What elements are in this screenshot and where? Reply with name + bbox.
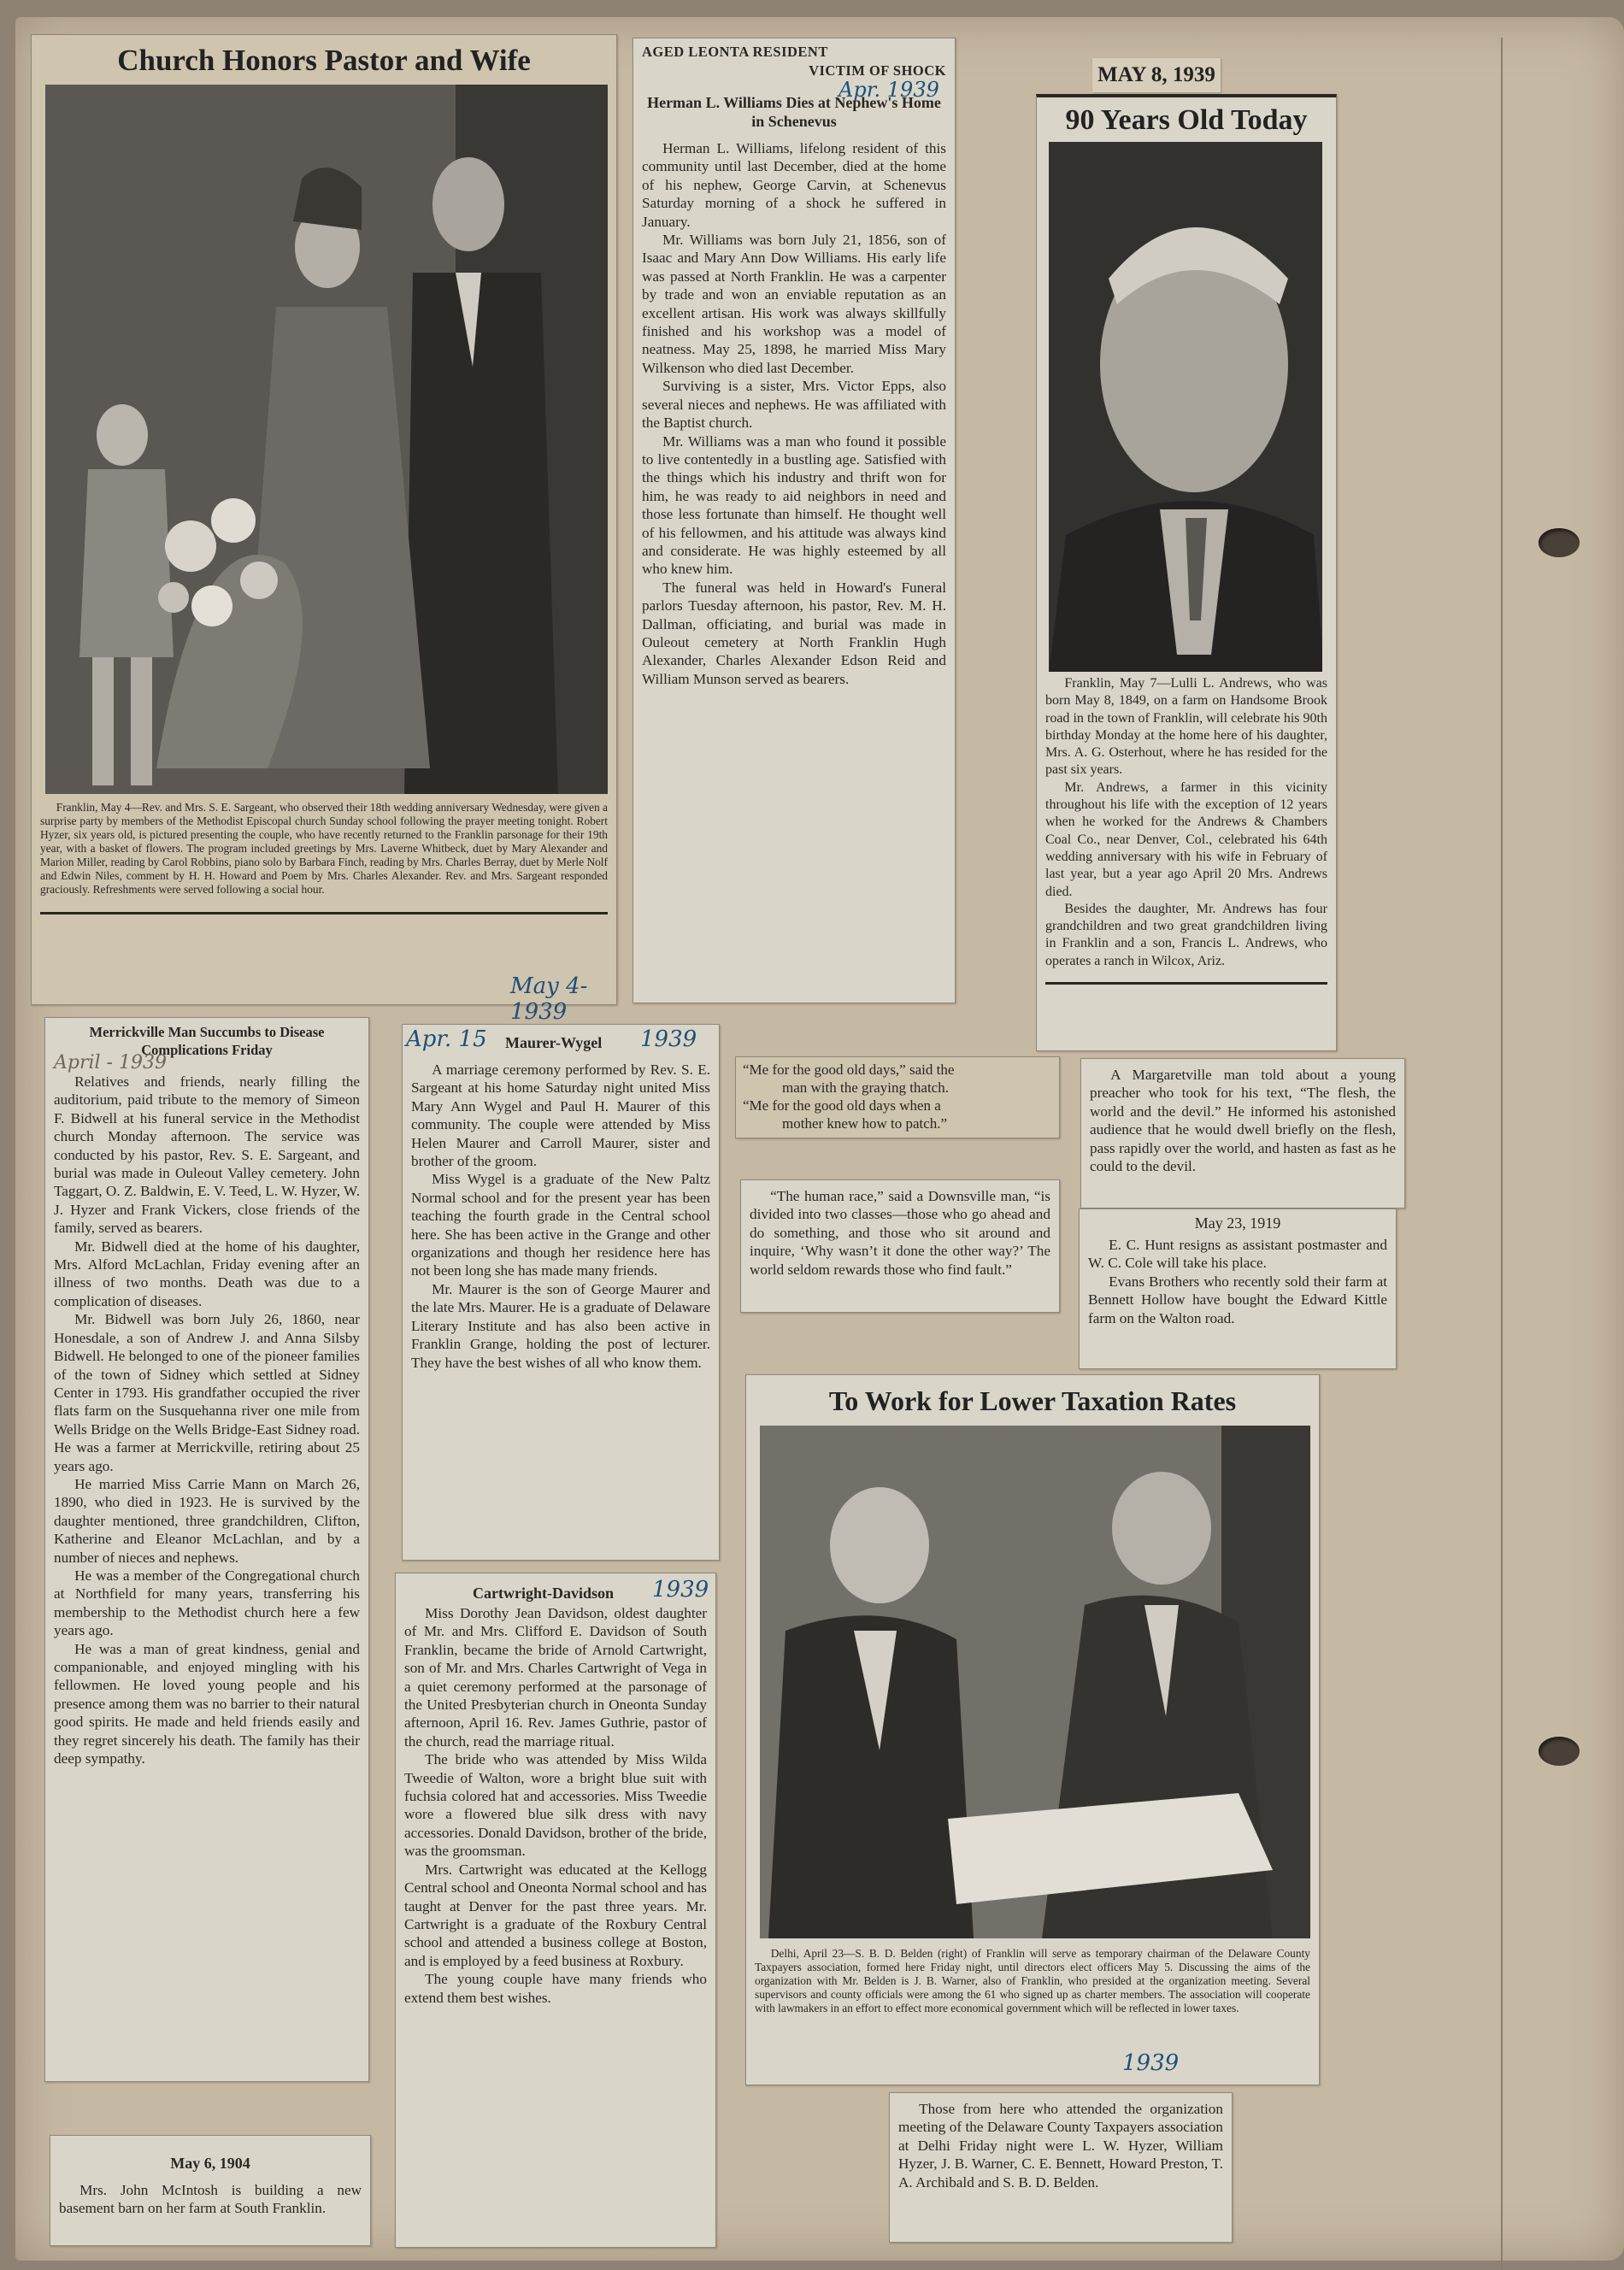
clipping-margaretville: A Margaretville man told about a young p… <box>1080 1058 1405 1209</box>
article-body: Franklin, May 7—Lulli L. Andrews, who wa… <box>1037 675 1336 970</box>
photo-elderly-man <box>1049 142 1322 672</box>
binder-hole-lower <box>1539 1737 1580 1766</box>
clipping-aged-leonta: AGED LEONTA RESIDENT VICTIM OF SHOCK Apr… <box>633 38 956 1003</box>
clipping-may-23-1919: May 23, 1919 E. C. Hunt resigns as assis… <box>1079 1209 1397 1369</box>
portrait-illustration <box>1049 142 1322 672</box>
header-row: Cartwright-Davidson 1939 <box>396 1573 715 1603</box>
handwritten-date: Apr. 1939 <box>838 78 939 102</box>
clipping-church-honors: Church Honors Pastor and Wife Franklin, … <box>31 34 617 1005</box>
article-body: A marriage ceremony performed by Rev. S.… <box>403 1061 719 1372</box>
subhead: Cartwright-Davidson <box>473 1584 614 1603</box>
poem: “Me for the good old days,” said the man… <box>736 1057 1059 1136</box>
clipping-merrickville: Merrickville Man Succumbs to Disease Com… <box>44 1017 369 2082</box>
clipping-may-6-1904: May 6, 1904 Mrs. John McIntosh is buildi… <box>50 2135 371 2246</box>
clipping-cartwright-davidson: Cartwright-Davidson 1939 Miss Dorothy Je… <box>395 1573 716 2248</box>
photo-two-men <box>760 1426 1310 1938</box>
dateline: May 23, 1919 <box>1080 1214 1396 1232</box>
handwritten-date-right: 1939 <box>640 1026 697 1052</box>
clipping-maurer-wygel: Apr. 15 Maurer-Wygel 1939 A marriage cer… <box>402 1024 720 1561</box>
article-body: E. C. Hunt resigns as assistant postmast… <box>1080 1236 1396 1327</box>
photo-caption: Franklin, May 4—Rev. and Mrs. S. E. Sarg… <box>32 797 616 900</box>
headline: 90 Years Old Today <box>1037 97 1336 142</box>
handwritten-date: April - 1939 <box>54 1052 167 1073</box>
dateline: May 6, 1904 <box>50 2155 370 2173</box>
handwritten-date: May 4-1939 <box>510 973 616 1025</box>
article-body: Those from here who attended the organiz… <box>890 2100 1232 2191</box>
headline: Church Honors Pastor and Wife <box>32 35 616 78</box>
photo-caption: Delhi, April 23—S. B. D. Belden (right) … <box>746 1944 1319 2019</box>
header-row: Apr. 15 Maurer-Wygel 1939 <box>403 1025 719 1054</box>
handwritten-date: 1939 <box>652 1577 709 1603</box>
photo-illustration <box>760 1426 1310 1938</box>
date-label: MAY 8, 1939 <box>1092 58 1221 92</box>
kicker-line-1: AGED LEONTA RESIDENT <box>633 38 955 61</box>
clipping-good-old-days: “Me for the good old days,” said the man… <box>735 1056 1060 1138</box>
clipping-ninety-years: 90 Years Old Today Franklin, May 7—Lulli… <box>1036 94 1337 1051</box>
article-body: “The human race,” said a Downsville man,… <box>741 1187 1059 1279</box>
article-body: Miss Dorothy Jean Davidson, oldest daugh… <box>396 1604 715 2007</box>
article-body: A Margaretville man told about a young p… <box>1081 1066 1404 1175</box>
kicker-line-2: VICTIM OF SHOCK <box>633 61 955 79</box>
article-body: Mrs. John McIntosh is building a new bas… <box>50 2181 370 2218</box>
clipping-lower-taxation: To Work for Lower Taxation Rates Delhi, … <box>745 1374 1320 2085</box>
subhead: Maurer-Wygel <box>505 1033 602 1052</box>
binder-hole-upper <box>1539 528 1580 557</box>
divider-rule <box>1045 982 1327 985</box>
article-body: Relatives and friends, nearly filling th… <box>45 1073 368 1767</box>
photo-illustration <box>45 85 608 794</box>
handwritten-date: 1939 <box>1122 2050 1179 2076</box>
clipping-those-from-here: Those from here who attended the organiz… <box>889 2092 1233 2243</box>
clipping-human-race: “The human race,” said a Downsville man,… <box>740 1179 1060 1313</box>
article-body: Herman L. Williams, lifelong resident of… <box>633 139 955 688</box>
photo-pastor-and-wife <box>45 85 608 794</box>
date-label-clip: MAY 8, 1939 <box>1092 58 1221 92</box>
divider-rule <box>40 912 608 914</box>
handwritten-date-left: Apr. 15 <box>406 1026 487 1052</box>
headline: To Work for Lower Taxation Rates <box>746 1375 1319 1426</box>
binding-fold-line <box>1501 38 1503 2270</box>
